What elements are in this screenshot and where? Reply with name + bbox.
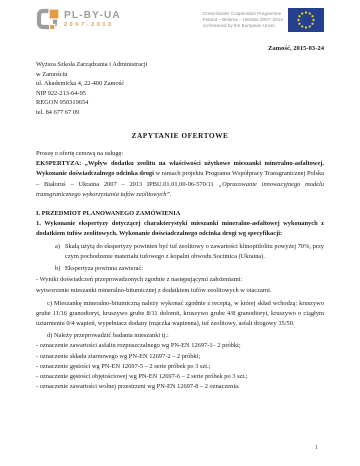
section-paragraph-1: 1. Wykonanie ekspertyzy dotyczącej chara… — [36, 219, 324, 239]
logo-name: PL-BY-UA — [64, 11, 121, 21]
list-item-b-text: Ekspertyza powinna zawierać: — [65, 265, 143, 272]
sender-line: Wyższa Szkoła Zarządzania i Administracj… — [36, 60, 324, 70]
sender-block: Wyższa Szkoła Zarządzania i Administracj… — [36, 60, 324, 117]
logo-years: 2007-2013 — [64, 22, 121, 29]
sender-line: tel. 84 677 67 09 — [36, 108, 324, 118]
list-item-b-label: b) — [55, 264, 60, 274]
document-page: PL-BY-UA 2007-2013 Cross-border Cooperat… — [0, 0, 360, 466]
list-item-d-label: d) — [47, 332, 52, 339]
eu-flag-icon — [288, 8, 324, 37]
plbyua-logo-icon — [36, 8, 60, 37]
test-line: - oznaczenie składu ziarnowego wg PN-EN … — [36, 352, 324, 362]
programme-line: co-financed by the European Union — [203, 23, 283, 29]
list-item-c: c) Mieszankę mineralno-bitumiczną należy… — [36, 299, 324, 330]
intro-paragraph: EKSPERTYZA: „Wpływ dodatku zeolitu na wł… — [36, 159, 324, 200]
sender-line: w Zamościu — [36, 70, 324, 80]
document-body: Proszę o ofertę cenową na usługę: EKSPER… — [36, 149, 324, 392]
list-item-a-label: a) — [55, 242, 60, 252]
document-title: ZAPYTANIE OFERTOWE — [36, 131, 324, 140]
programme-block: Cross-border Cooperation Programme Polan… — [203, 8, 324, 37]
note-line: - Wyniki doświadczeń przeprowadzonych zg… — [36, 275, 324, 285]
plbyua-logo-text: PL-BY-UA 2007-2013 — [64, 11, 121, 29]
sender-line: REGON 950319654 — [36, 98, 324, 108]
programme-text: Cross-border Cooperation Programme Polan… — [203, 11, 283, 29]
list-item-a: a)Skałą użytą do ekspertyzy powinien być… — [36, 242, 324, 262]
test-line: - oznaczenie gęstości objętościowej wg P… — [36, 372, 324, 382]
list-item-d-text: Należy przeprowadzić badania mieszanki t… — [54, 332, 169, 339]
plbyua-logo: PL-BY-UA 2007-2013 — [36, 8, 121, 37]
date-line: Zamość, 2015-03-24 — [36, 45, 324, 53]
note-line: wytworzenie mieszanki mineralno-bitumicz… — [36, 286, 324, 296]
sender-line: ul. Akademicka 4, 22-400 Zamość — [36, 79, 324, 89]
test-line: - oznaczenie gęstości wg PN-EN 12697-5 –… — [36, 362, 324, 372]
list-item-b: b)Ekspertyza powinna zawierać: — [36, 264, 324, 274]
page-header: PL-BY-UA 2007-2013 Cross-border Cooperat… — [36, 8, 324, 38]
section-heading: I. PRZEDMIOT PLANOWANEGO ZAMÓWIENIA — [36, 209, 324, 219]
sender-line: NIP 922-213-64-95 — [36, 89, 324, 99]
list-item-c-text: Mieszankę mineralno-bitumiczną należy wy… — [36, 300, 324, 327]
test-line: - oznaczenie zawartości wolnej przestrze… — [36, 382, 324, 392]
test-line: - oznaczenie zawartości asfaltu rozpuszc… — [36, 341, 324, 351]
list-item-d: d) Należy przeprowadzić badania mieszank… — [36, 331, 324, 341]
list-item-a-text: Skałą użytą do ekspertyzy powinien być t… — [65, 243, 324, 260]
list-item-c-label: c) — [47, 300, 52, 307]
intro-lead: Proszę o ofertę cenową na usługę: — [36, 149, 324, 159]
page-number: 1 — [315, 444, 318, 451]
